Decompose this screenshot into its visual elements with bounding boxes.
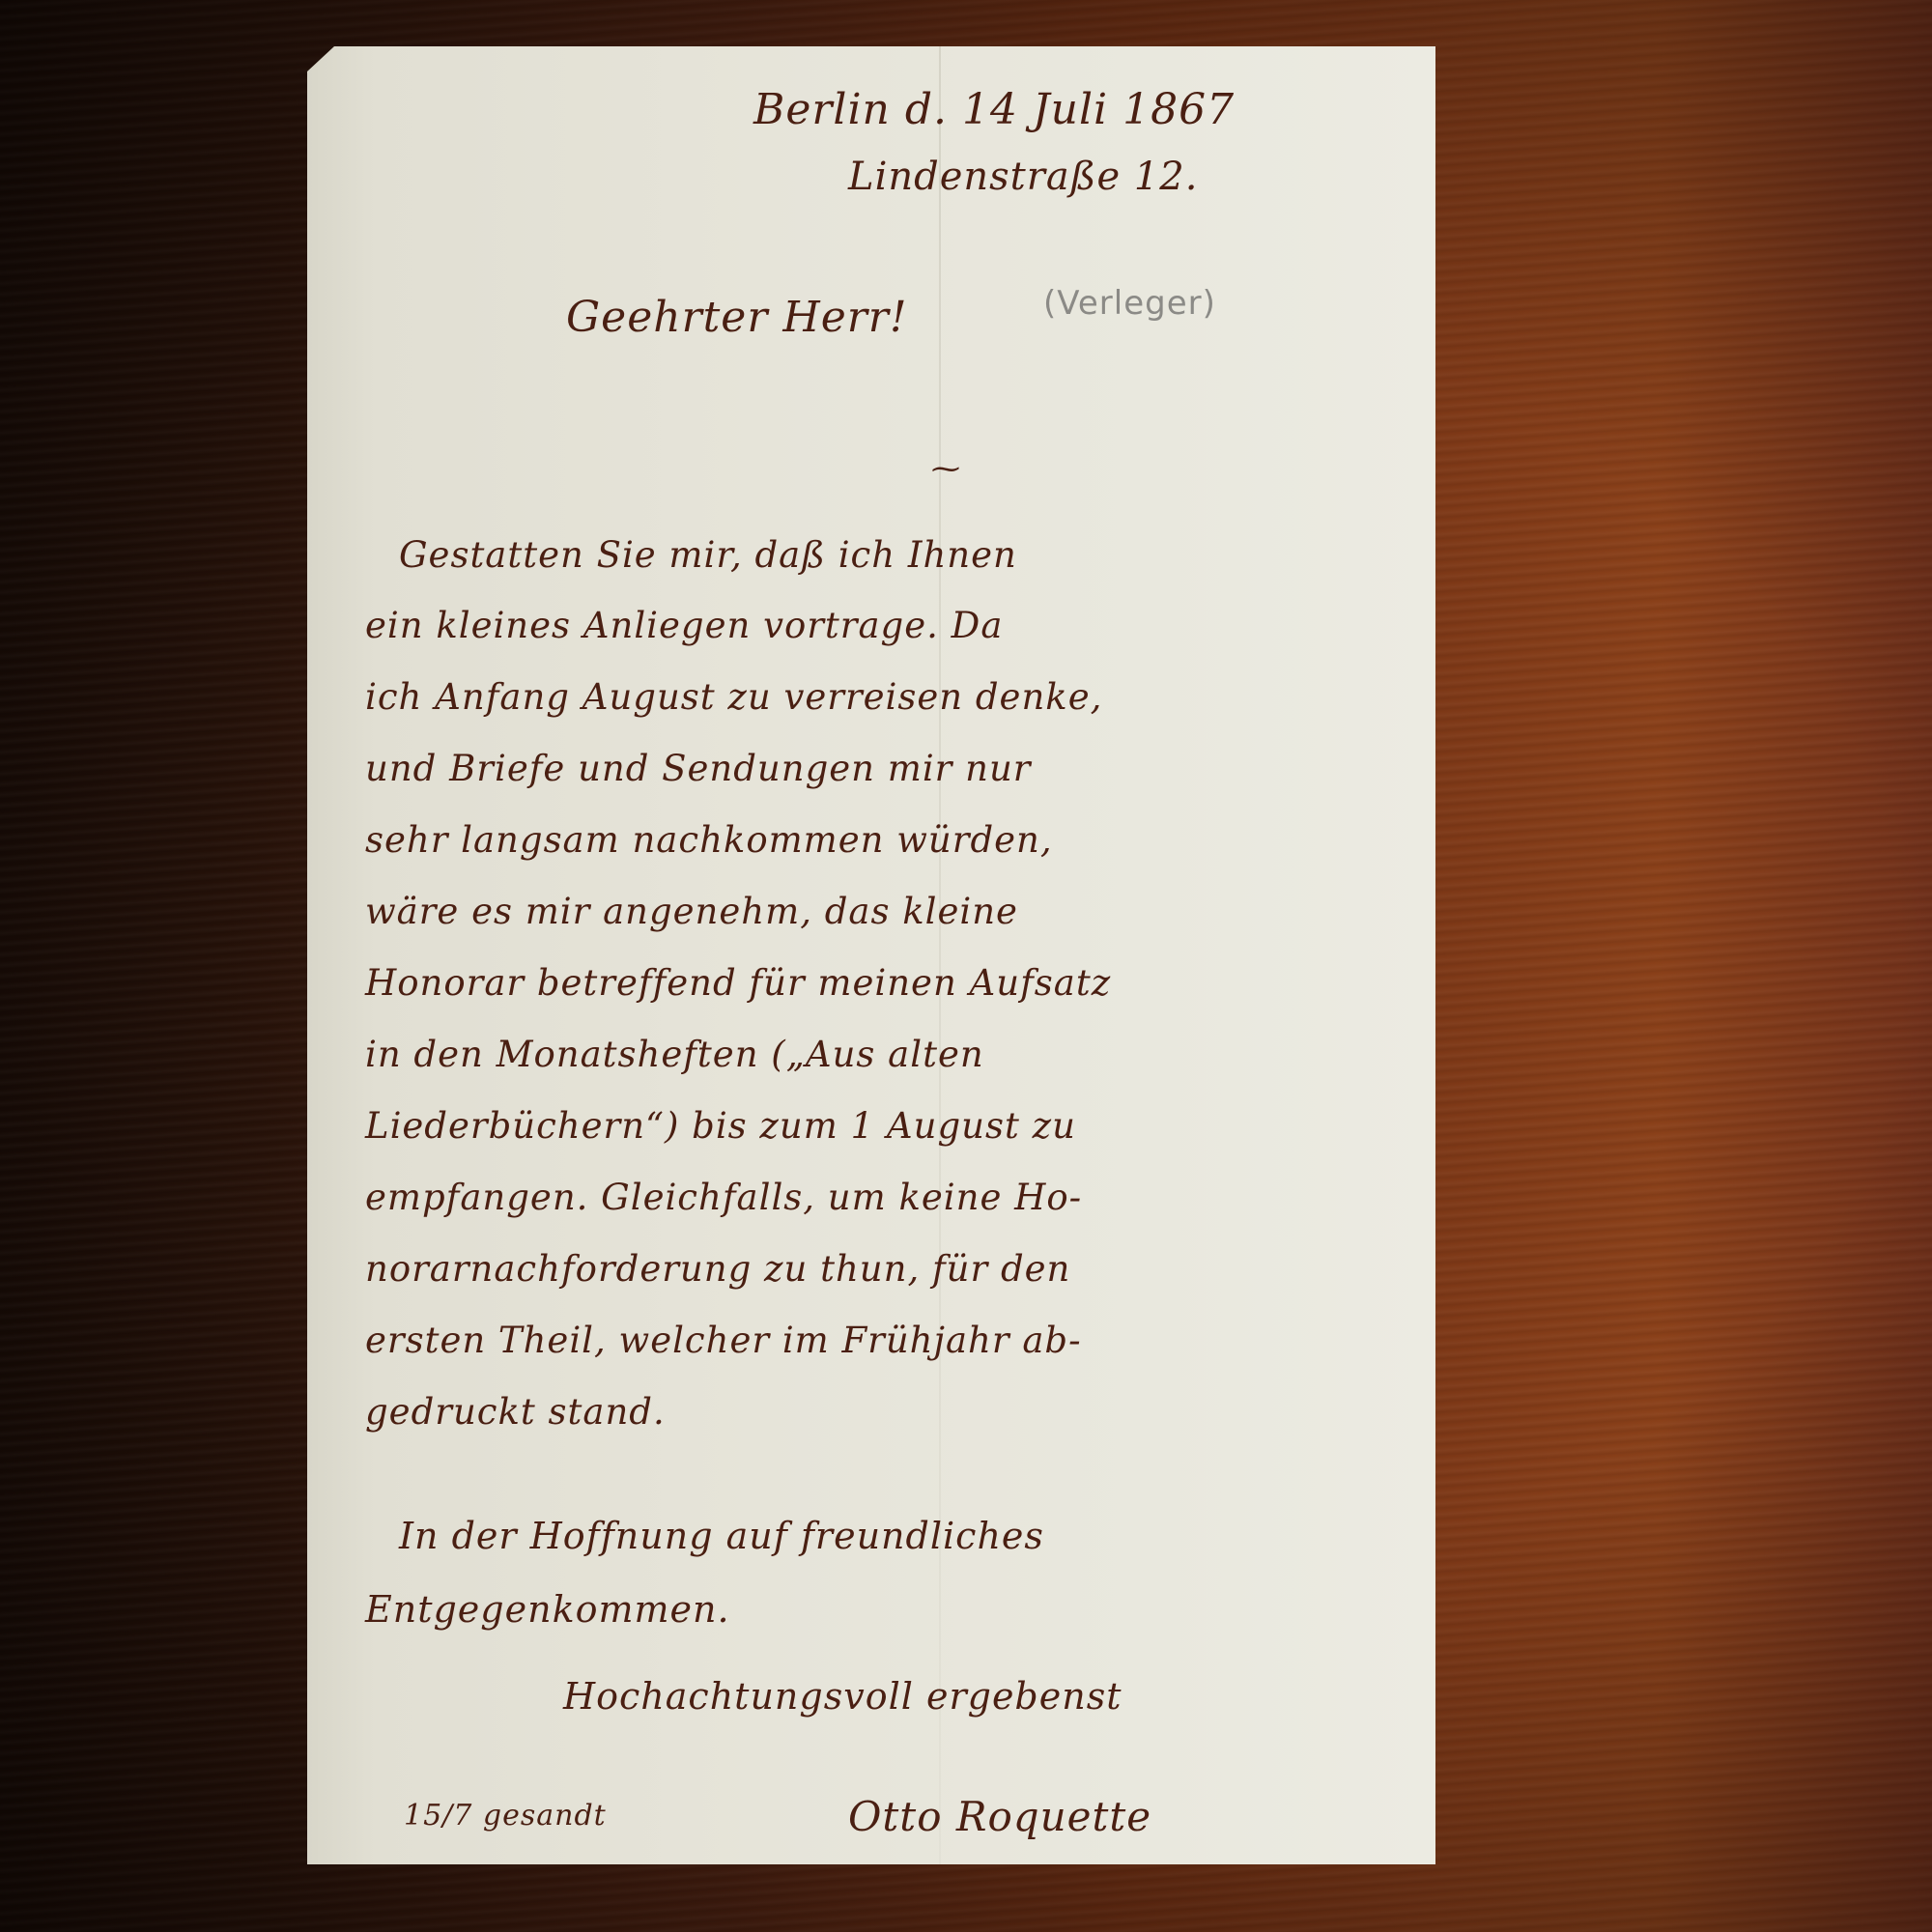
pencil-annotation: (Verleger) [1043, 284, 1216, 323]
letter-place-date: Berlin d. 14 Juli 1867 [753, 85, 1235, 134]
margin-note: 15/7 gesandt [404, 1799, 607, 1833]
closing-line: In der Hoffnung auf freundliches [399, 1515, 1044, 1557]
letter-address: Lindenstraße 12. [848, 155, 1198, 199]
body-line: ich Anfang August zu verreisen denke, [365, 676, 1102, 718]
body-line: Liederbüchern“) bis zum 1 August zu [365, 1105, 1076, 1147]
body-line: wäre es mir angenehm, das kleine [365, 891, 1018, 932]
body-line: ein kleines Anliegen vortrage. Da [365, 605, 1003, 646]
body-line: sehr langsam nachkommen würden, [365, 819, 1053, 861]
signature: Otto Roquette [848, 1793, 1151, 1840]
body-line: Honorar betreffend für meinen Aufsatz [365, 962, 1111, 1004]
letter-sheet: Berlin d. 14 Juli 1867 Lindenstraße 12. … [307, 46, 1435, 1864]
body-line: ersten Theil, welcher im Frühjahr ab- [365, 1320, 1082, 1361]
valediction: Hochachtungsvoll ergebenst [563, 1675, 1122, 1718]
body-line: gedruckt stand. [365, 1391, 666, 1433]
body-line: norarnachforderung zu thun, für den [365, 1248, 1070, 1290]
body-line: Gestatten Sie mir, daß ich Ihnen [399, 534, 1017, 576]
closing-line: Entgegenkommen. [365, 1588, 730, 1631]
section-mark: ⁓ [931, 452, 961, 486]
paper-fold-line [939, 46, 941, 1864]
body-line: in den Monatsheften („Aus alten [365, 1034, 984, 1075]
letter-salutation: Geehrter Herr! [566, 293, 908, 342]
body-line: empfangen. Gleichfalls, um keine Ho- [365, 1177, 1082, 1218]
body-line: und Briefe und Sendungen mir nur [365, 748, 1031, 789]
